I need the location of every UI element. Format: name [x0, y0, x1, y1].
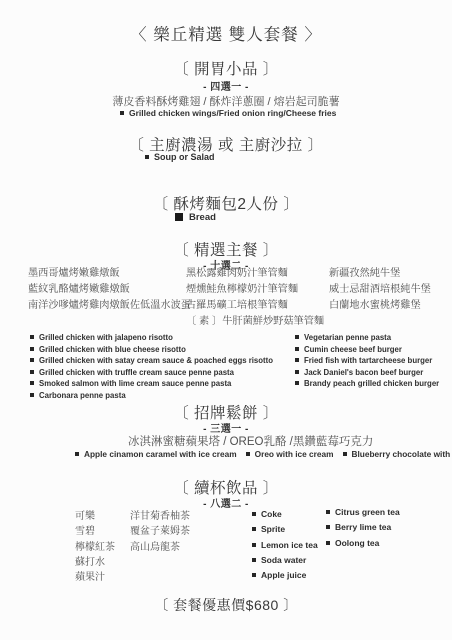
drink-zh: 雪碧	[75, 524, 115, 539]
bullet-square-icon	[30, 347, 34, 351]
drink-en: Lemon ice tea	[252, 538, 318, 553]
list-item-label: Coke	[261, 509, 282, 519]
list-item-label: Blueberry chocolate with ice cream	[352, 449, 452, 459]
mains-en-column-left: Grilled chicken with jalapeno risottoGri…	[30, 332, 273, 402]
bullet-square-icon	[252, 512, 256, 516]
bullet-square-icon	[295, 335, 299, 339]
drinks-en-column-1: CokeSpriteLemon ice teaSoda waterApple j…	[252, 507, 318, 583]
drink-en: Apple juice	[252, 568, 318, 583]
main-dish-en: Jack Daniel's bacon beef burger	[295, 367, 439, 379]
dessert-items-en: Apple cinamon caramel with ice creamOreo…	[75, 449, 452, 459]
list-item-label: Jack Daniel's bacon beef burger	[304, 368, 423, 377]
bread-caption-label: Bread	[189, 212, 216, 223]
drink-zh: 洋甘菊香柚茶	[130, 509, 190, 524]
main-dish-en: Vegetarian penne pasta	[295, 332, 439, 344]
bullet-square-icon	[252, 527, 256, 531]
main-dish-zh: 南洋沙嗲爐烤雞肉燉飯佐低溫水波蛋	[28, 298, 191, 314]
bullet-square-icon	[252, 558, 256, 562]
dessert-item-en: Apple cinamon caramel with ice cream	[75, 449, 237, 459]
main-dish-en: Brandy peach grilled chicken burger	[295, 378, 439, 390]
main-dish-zh: 新疆孜然純牛堡	[329, 266, 431, 282]
drink-zh: 可樂	[75, 509, 115, 524]
appetizer-heading: 〔 開胃小品 〕	[0, 57, 452, 79]
set-price-label: 〔 套餐優惠價$680 〕	[0, 595, 452, 615]
soup-salad-caption-label: Soup or Salad	[154, 152, 215, 162]
list-item-label: Soda water	[261, 555, 306, 565]
bullet-square-icon	[295, 370, 299, 374]
drink-en: Coke	[252, 507, 318, 522]
bullet-square-icon	[30, 370, 34, 374]
drinks-zh-column-2: 洋甘菊香柚茶覆盆子萊姆茶高山烏龍茶	[130, 509, 190, 555]
set-menu-page: 〈 樂丘精選 雙人套餐 〉 〔 開胃小品 〕 - 四選一 - 薄皮香料酥烤雞翅 …	[0, 0, 452, 640]
list-item-label: Cumin cheese beef burger	[304, 345, 402, 354]
list-item-label: Lemon ice tea	[261, 540, 318, 550]
main-dish-zh: 墨西哥爐烤嫩雞燉飯	[28, 266, 191, 282]
mains-zh-column-pasta: 黑松露雞肉奶汁筆管麵煙燻鮭魚檸檬奶汁筆管麵古羅馬礦工培根筆管麵〔 素 〕牛肝菌鮮…	[186, 266, 324, 330]
bread-heading: 〔 酥烤麵包2人份 〕	[0, 192, 452, 214]
list-item-label: Apple juice	[261, 570, 306, 580]
main-dish-en: Grilled chicken with blue cheese risotto	[30, 344, 273, 356]
list-item-label: Grilled chicken with blue cheese risotto	[39, 345, 186, 354]
bullet-square-icon	[326, 510, 330, 514]
dessert-items-zh: 冰淇淋蜜糖蘋果塔 / OREO乳酪 /黑鑽藍莓巧克力	[128, 433, 373, 449]
list-item-label: Apple cinamon caramel with ice cream	[84, 449, 237, 459]
main-dish-zh: 煙燻鮭魚檸檬奶汁筆管麵	[186, 282, 324, 298]
drink-en: Citrus green tea	[326, 505, 400, 520]
bullet-square-icon	[30, 381, 34, 385]
list-item-label: Carbonara penne pasta	[39, 391, 126, 400]
list-item-label: Smoked salmon with lime cream sauce penn…	[39, 379, 231, 388]
bread-caption: Bread	[175, 212, 216, 223]
soup-salad-caption: Soup or Salad	[145, 152, 215, 162]
bullet-square-icon	[252, 573, 256, 577]
bullet-square-icon	[246, 452, 250, 456]
bullet-square-icon	[145, 155, 149, 159]
list-item-label: Oolong tea	[335, 538, 379, 548]
list-item-label: Grilled chicken with jalapeno risotto	[39, 333, 173, 342]
main-dish-en: Grilled chicken with satay cream sauce &…	[30, 355, 273, 367]
main-dish-en: Grilled chicken with truffle cream sauce…	[30, 367, 273, 379]
bullet-square-icon	[75, 452, 79, 456]
drinks-zh-column-1: 可樂雪碧檸檬紅茶蘇打水蘋果汁	[75, 509, 115, 585]
bullet-square-icon	[252, 543, 256, 547]
list-item-label: Oreo with ice cream	[255, 449, 334, 459]
drink-zh: 蘇打水	[75, 555, 115, 570]
appetizer-items-zh: 薄皮香料酥烤雞翅 / 酥炸洋蔥圈 / 熔岩起司脆薯	[0, 93, 452, 109]
main-dish-zh: 威士忌甜酒培根純牛堡	[329, 282, 431, 298]
main-dish-en: Smoked salmon with lime cream sauce penn…	[30, 378, 273, 390]
list-item-label: Fried fish with tartarcheese burger	[304, 356, 432, 365]
drink-zh: 高山烏龍茶	[130, 540, 190, 555]
drink-en: Oolong tea	[326, 536, 400, 551]
menu-title: 〈 樂丘精選 雙人套餐 〉	[0, 21, 452, 45]
drink-zh: 蘋果汁	[75, 570, 115, 585]
bullet-square-icon	[120, 111, 124, 115]
appetizer-choose-rule: - 四選一 -	[0, 78, 452, 93]
list-item-label: Berry lime tea	[335, 522, 391, 532]
mains-zh-column-burger: 新疆孜然純牛堡威士忌甜酒培根純牛堡白蘭地水蜜桃烤雞堡	[329, 266, 431, 314]
soup-salad-heading: 〔 主廚濃湯 或 主廚沙拉 〕	[0, 133, 452, 155]
main-dish-zh: 古羅馬礦工培根筆管麵	[186, 298, 324, 314]
drink-zh: 覆盆子萊姆茶	[130, 524, 190, 539]
main-dish-en: Carbonara penne pasta	[30, 390, 273, 402]
mains-zh-column-risotto: 墨西哥爐烤嫩雞燉飯藍紋乳酪爐烤嫩雞燉飯南洋沙嗲爐烤雞肉燉飯佐低溫水波蛋	[28, 266, 191, 314]
bullet-square-icon	[343, 452, 347, 456]
drink-en: Sprite	[252, 522, 318, 537]
main-dish-zh: 白蘭地水蜜桃烤雞堡	[329, 298, 431, 314]
drinks-en-column-2: Citrus green teaBerry lime teaOolong tea	[326, 505, 400, 551]
list-item-label: Grilled chicken with truffle cream sauce…	[39, 368, 234, 377]
main-dish-en: Grilled chicken with jalapeno risotto	[30, 332, 273, 344]
drink-en: Soda water	[252, 553, 318, 568]
main-dish-zh: 黑松露雞肉奶汁筆管麵	[186, 266, 324, 282]
appetizer-items-en: Grilled chicken wings/Fried onion ring/C…	[120, 108, 336, 118]
drink-en: Berry lime tea	[326, 520, 400, 535]
list-item-label: Citrus green tea	[335, 507, 400, 517]
bullet-square-icon	[30, 358, 34, 362]
dessert-item-en: Blueberry chocolate with ice cream	[343, 449, 452, 459]
list-item-label: Vegetarian penne pasta	[304, 333, 391, 342]
list-item-label: Grilled chicken with satay cream sauce &…	[39, 356, 273, 365]
bullet-square-icon	[295, 381, 299, 385]
bullet-square-icon	[175, 213, 183, 221]
bullet-square-icon	[295, 347, 299, 351]
list-item-label: Brandy peach grilled chicken burger	[304, 379, 439, 388]
drink-zh: 檸檬紅茶	[75, 540, 115, 555]
dessert-item-en: Oreo with ice cream	[246, 449, 334, 459]
bullet-square-icon	[30, 393, 34, 397]
appetizer-items-en-label: Grilled chicken wings/Fried onion ring/C…	[129, 108, 336, 118]
main-dish-zh: 藍紋乳酪爐烤嫩雞燉飯	[28, 282, 191, 298]
list-item-label: Sprite	[261, 524, 285, 534]
bullet-square-icon	[326, 541, 330, 545]
main-dish-en: Cumin cheese beef burger	[295, 344, 439, 356]
main-dish-en: Fried fish with tartarcheese burger	[295, 355, 439, 367]
mains-en-column-right: Vegetarian penne pastaCumin cheese beef …	[295, 332, 439, 390]
bullet-square-icon	[326, 525, 330, 529]
main-dish-zh: 〔 素 〕牛肝菌鮮炒野菇筆管麵	[186, 314, 324, 330]
bullet-square-icon	[30, 335, 34, 339]
bullet-square-icon	[295, 358, 299, 362]
